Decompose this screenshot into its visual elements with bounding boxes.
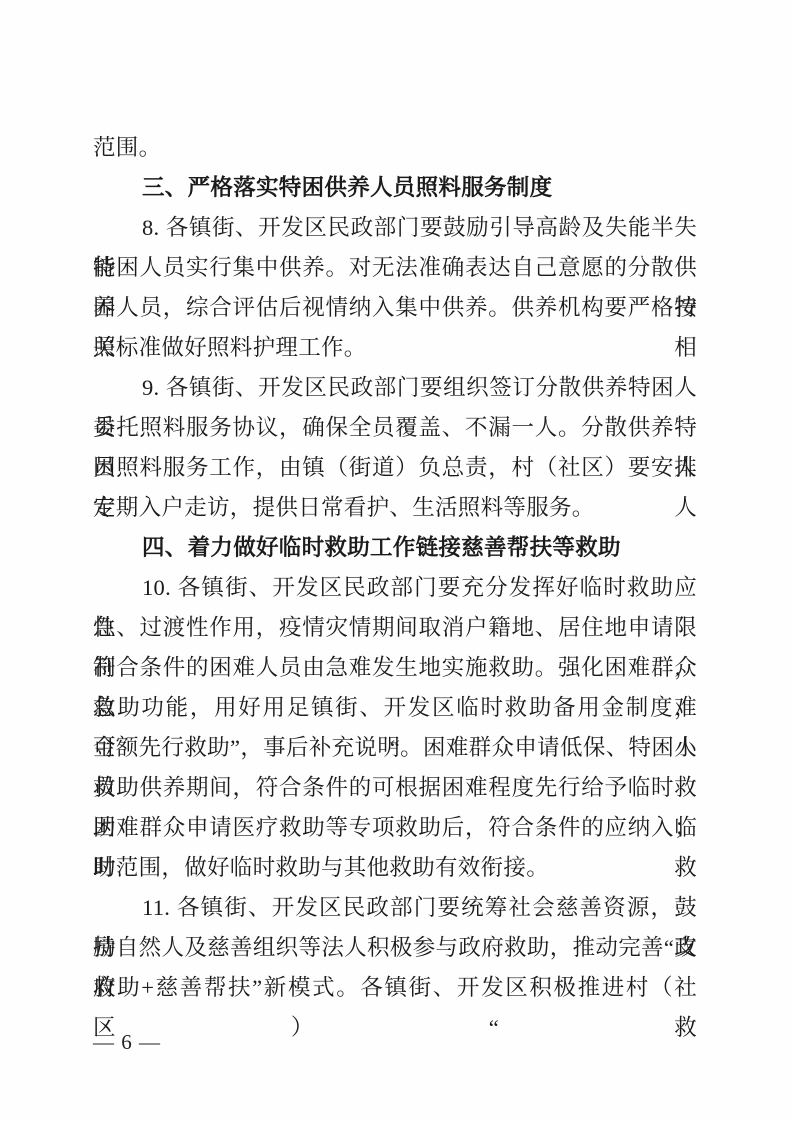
text-line: 救助功能，用好用足镇街、开发区临时救助备用金制度，可“小 [93, 688, 697, 728]
text-line: 11. 各镇街、开发区民政部门要统筹社会慈善资源，鼓励支 [93, 888, 697, 928]
text-line: 性、过渡性作用，疫情灾情期间取消户籍地、居住地申请限制， [93, 608, 697, 648]
text-line: 困难群众申请医疗救助等专项救助后，符合条件的应纳入临时救 [93, 808, 697, 848]
text-line: 特困人员实行集中供养。对无法准确表达自己意愿的分散供养特 [93, 248, 697, 288]
text-line: 9. 各镇街、开发区民政部门要组织签订分散供养特困人员 [93, 368, 697, 408]
document-body: 范围。三、严格落实特困供养人员照料服务制度8. 各镇街、开发区民政部门要鼓励引导… [93, 128, 697, 1008]
section-heading: 三、严格落实特困供养人员照料服务制度 [93, 168, 697, 208]
section-heading: 四、着力做好临时救助工作链接慈善帮扶等救助 [93, 528, 697, 568]
text-line: 员照料服务工作，由镇（街道）负总责，村（社区）要安排专人 [93, 448, 697, 488]
text-line: 救助供养期间，符合条件的可根据困难程度先行给予临时救助； [93, 768, 697, 808]
text-line: 范围。 [93, 128, 697, 168]
text-line: 困人员，综合评估后视情纳入集中供养。供养机构要严格按照相 [93, 288, 697, 328]
text-line: 10. 各镇街、开发区民政部门要充分发挥好临时救助应急 [93, 568, 697, 608]
text-line: 救助+慈善帮扶”新模式。各镇街、开发区积极推进村（社区）“救 [93, 968, 697, 1008]
document-page: 范围。三、严格落实特困供养人员照料服务制度8. 各镇街、开发区民政部门要鼓励引导… [0, 0, 793, 1122]
text-line: 金额先行救助”，事后补充说明。困难群众申请低保、特困人员 [93, 728, 697, 768]
text-line: 委托照料服务协议，确保全员覆盖、不漏一人。分散供养特困人 [93, 408, 697, 448]
text-line: 8. 各镇街、开发区民政部门要鼓励引导高龄及失能半失能 [93, 208, 697, 248]
page-number: — 6 — [93, 1022, 161, 1062]
text-line: 持自然人及慈善组织等法人积极参与政府救助，推动完善“政府 [93, 928, 697, 968]
text-line: 符合条件的困难人员由急难发生地实施救助。强化困难群众急难 [93, 648, 697, 688]
